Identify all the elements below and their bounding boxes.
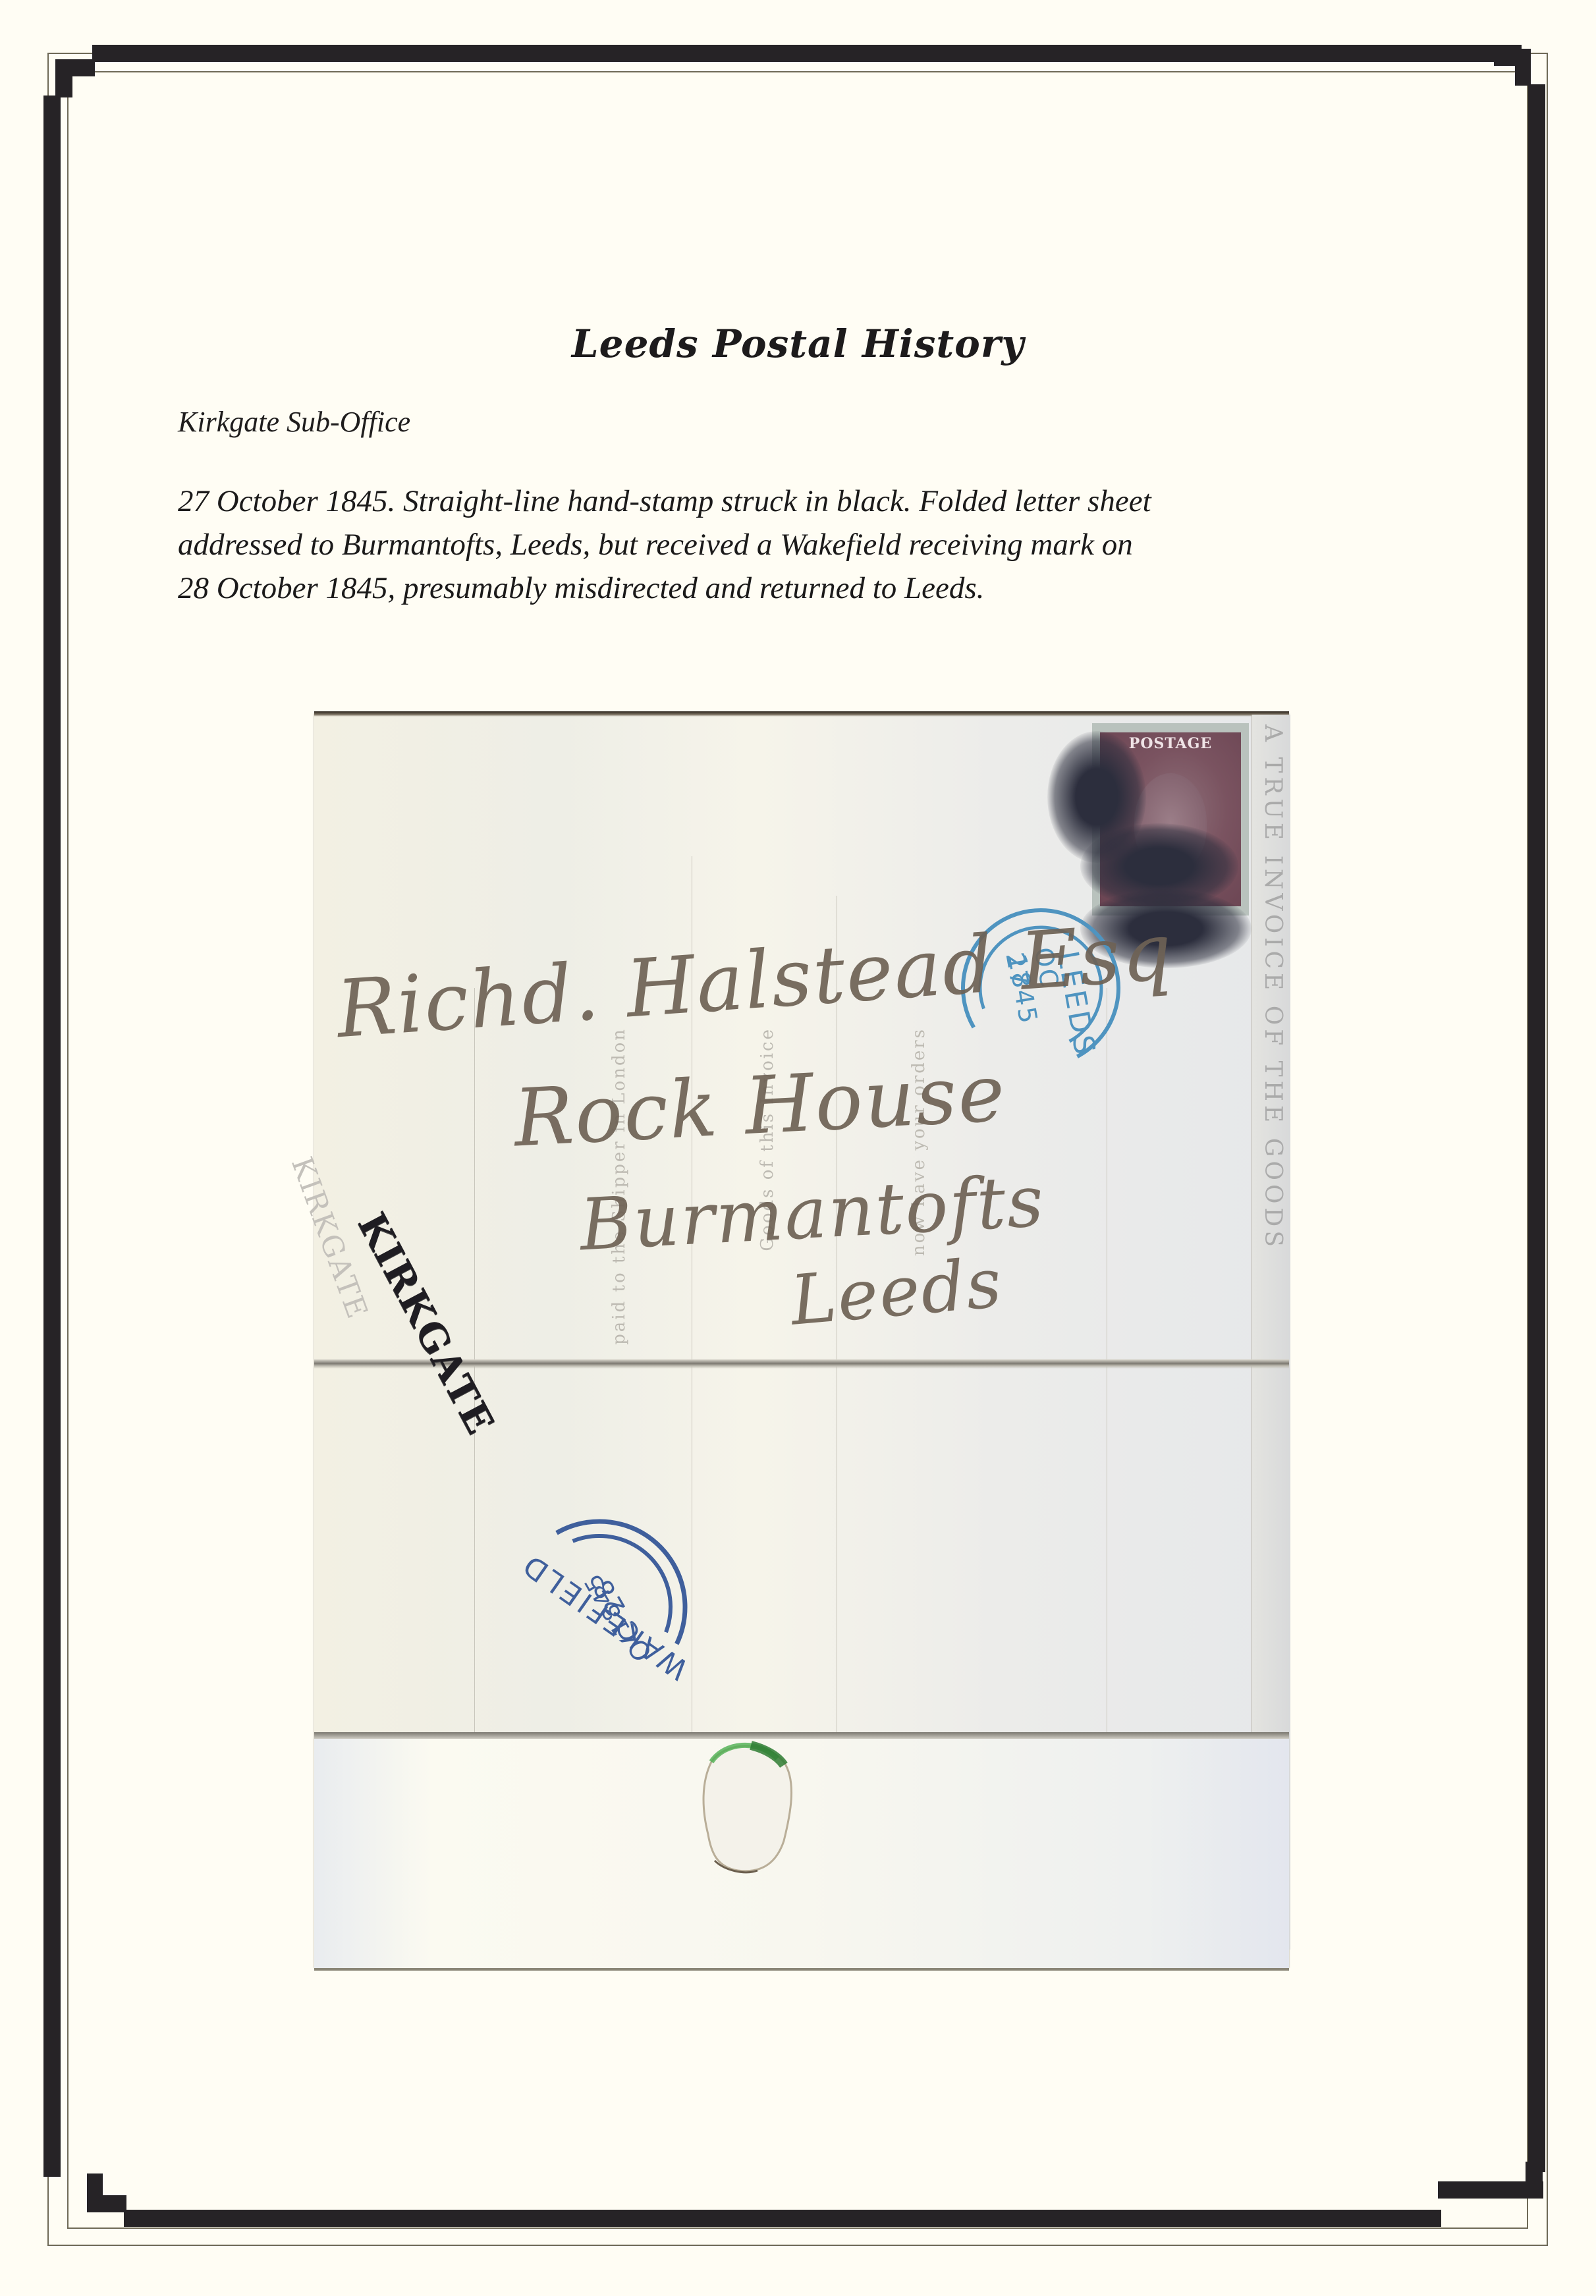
description-line: addressed to Burmantofts, Leeds, but rec… — [178, 523, 1469, 566]
frame-corner-tr — [1515, 49, 1531, 86]
frame-corner-br — [1438, 2181, 1543, 2199]
page-subtitle: Kirkgate Sub-Office — [178, 405, 410, 439]
exhibit-description: 27 October 1845. Straight-line hand-stam… — [178, 479, 1469, 610]
frame-top-bar — [92, 45, 1522, 62]
page-title: Leeds Postal History — [0, 321, 1596, 366]
wakefield-postmark: WAKEFIELD OC 28 1845 — [487, 1508, 698, 1708]
letter-top-edge — [314, 711, 1289, 717]
description-line: 28 October 1845, presumably misdirected … — [178, 566, 1469, 610]
wax-seal-remnant — [685, 1736, 804, 1880]
frame-corner-tl — [55, 59, 72, 97]
frame-left-bar — [43, 96, 61, 2177]
frame-corner-bl — [87, 2173, 103, 2212]
frame-bottom-bar — [124, 2210, 1441, 2227]
description-line: 27 October 1845. Straight-line hand-stam… — [178, 479, 1469, 523]
frame-right-bar — [1528, 84, 1545, 2172]
